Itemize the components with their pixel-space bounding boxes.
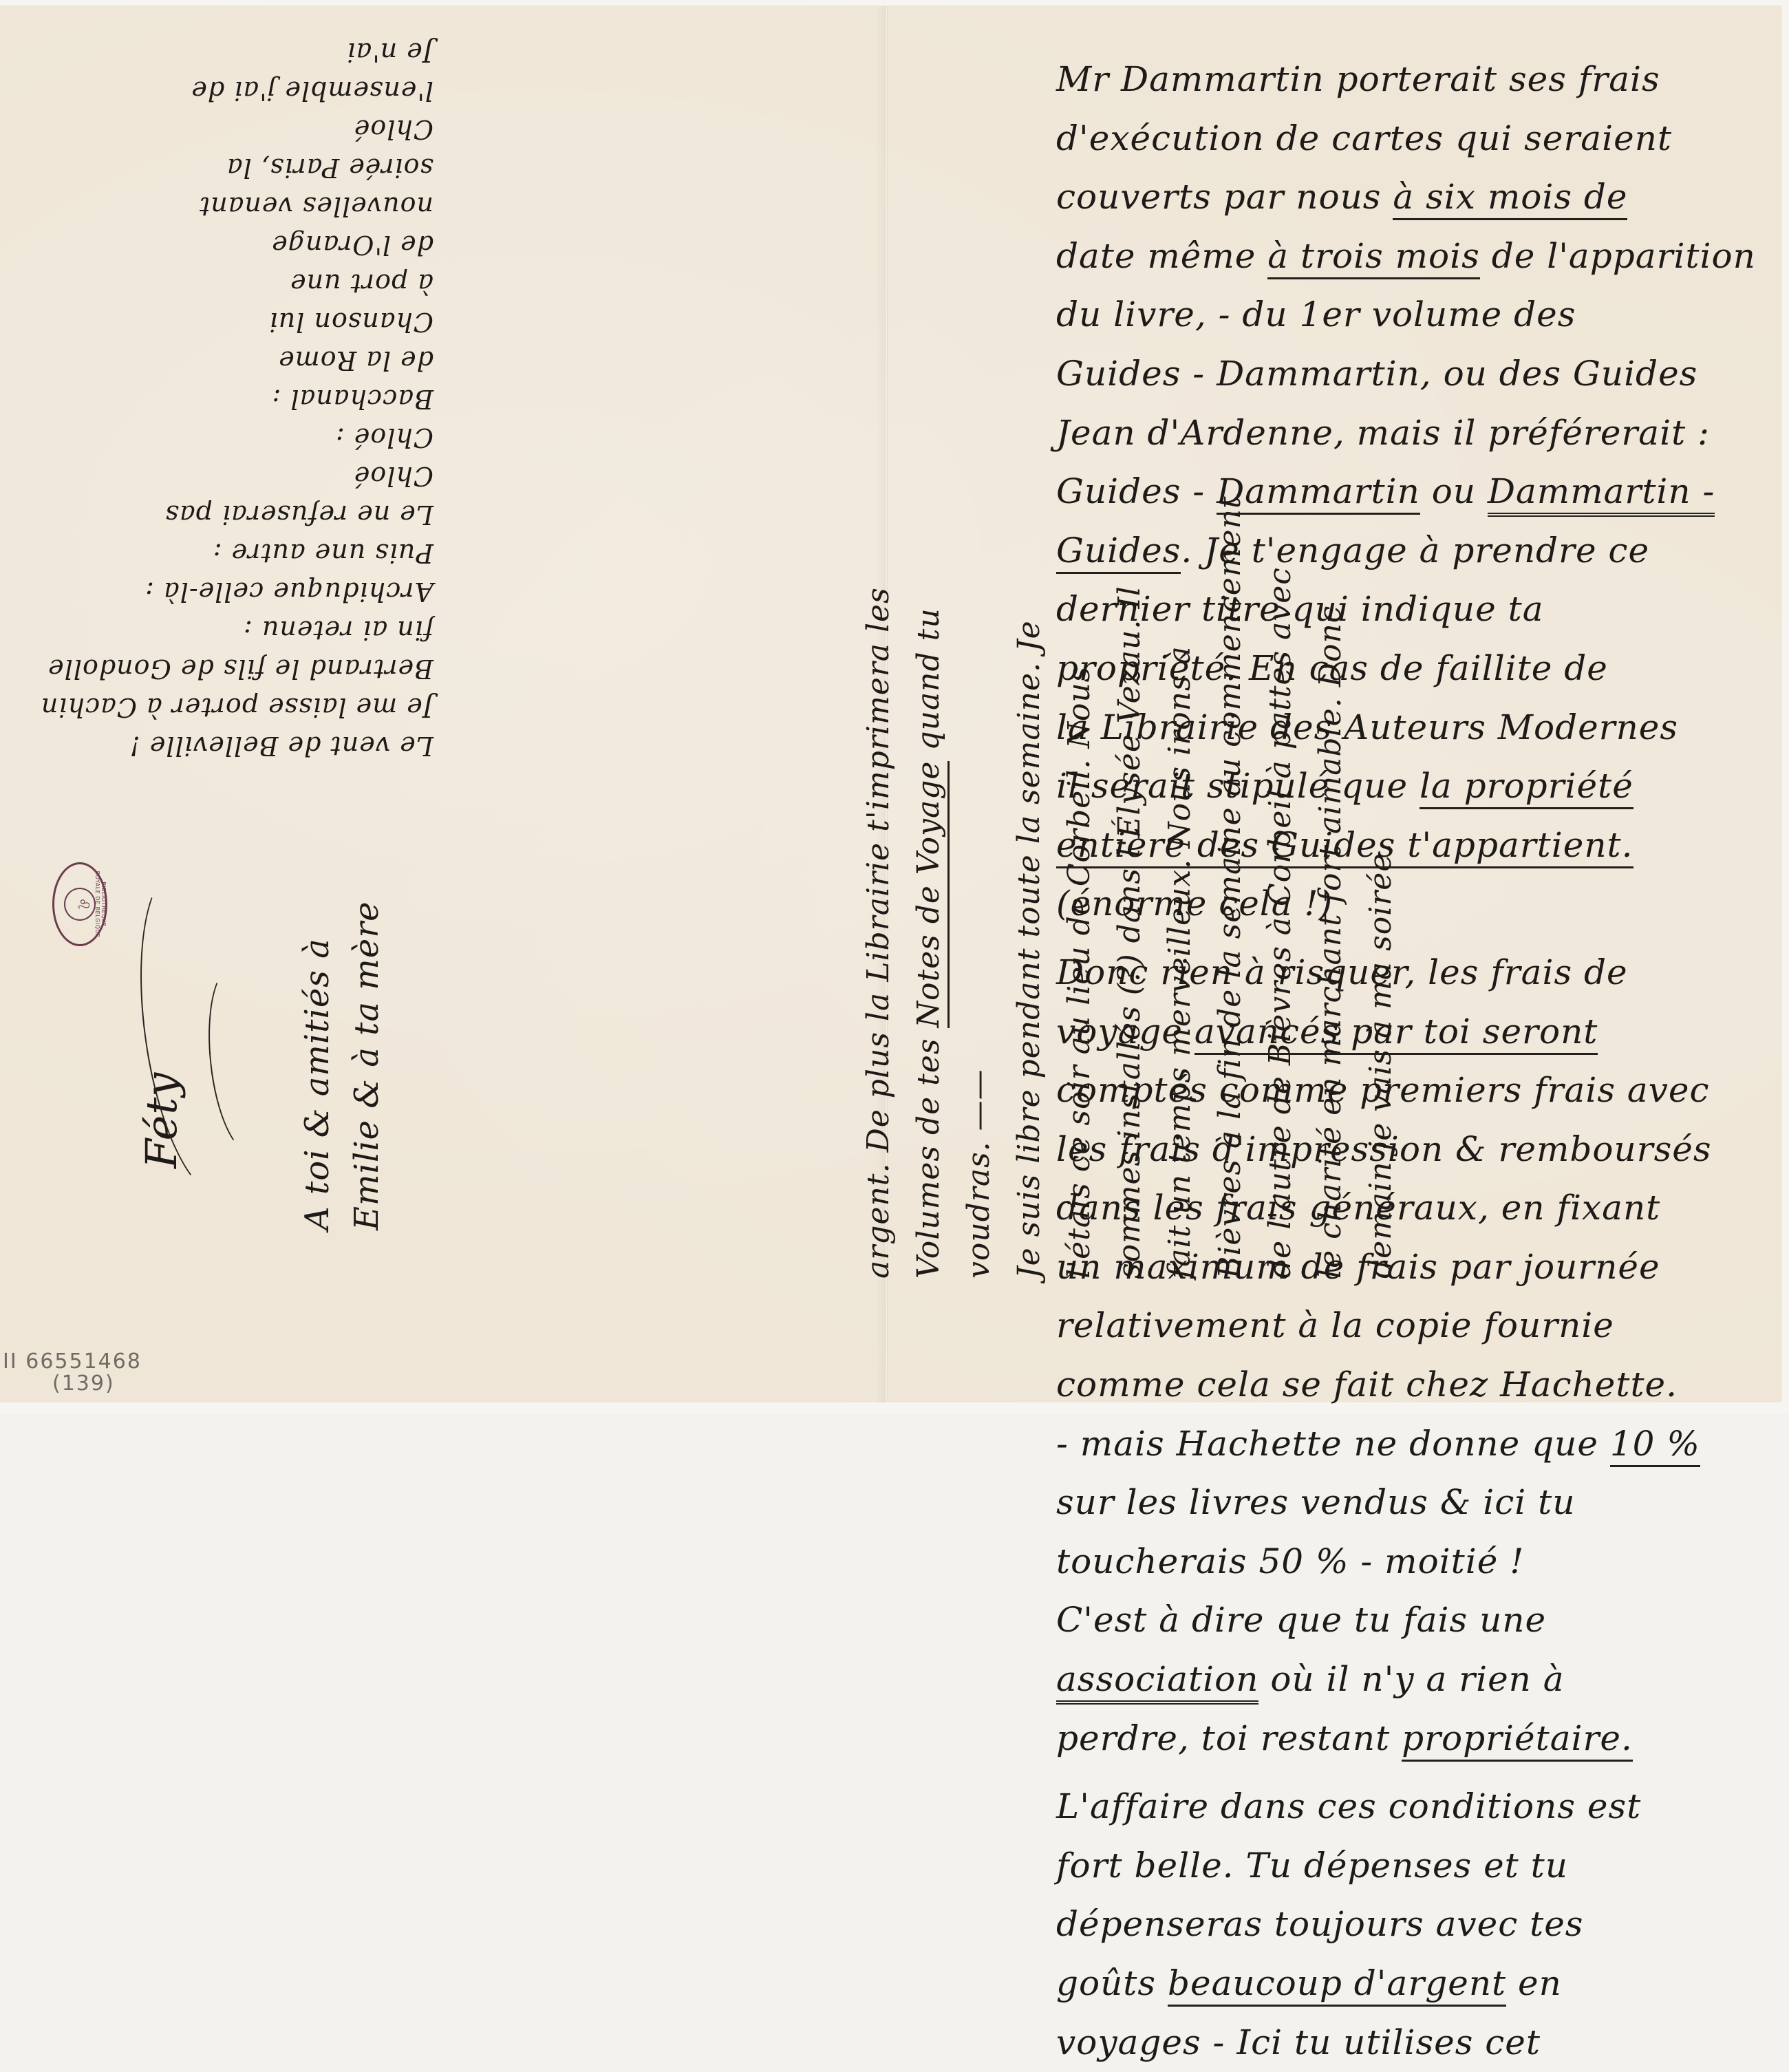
line-text: dans les frais généraux, en fixant bbox=[1056, 1188, 1660, 1228]
line-text: comptés comme premiers frais avec bbox=[1056, 1070, 1710, 1110]
line-text: voyage bbox=[1056, 1012, 1195, 1051]
right-page-line: (énorme cela !) bbox=[1056, 875, 1772, 934]
right-page-line: les frais d'impression & remboursés bbox=[1056, 1120, 1772, 1179]
underlined-text: avancés par toi seront bbox=[1195, 1012, 1598, 1055]
underlined-text: entière des Guides t'appartient. bbox=[1056, 825, 1633, 868]
line-text: Archiduque celle-là : bbox=[144, 577, 433, 607]
postscript-line: fin ai retenu : bbox=[48, 611, 433, 650]
right-page-line: un maximum de frais par journée bbox=[1056, 1238, 1772, 1297]
shelfmark-number: II 66551468 bbox=[3, 1349, 142, 1374]
line-text: Mr Dammartin porterait ses frais bbox=[1056, 59, 1660, 99]
line-text: fin ai retenu : bbox=[243, 615, 433, 645]
line-text: (énorme cela !) bbox=[1056, 884, 1333, 923]
right-page-line: comme cela se fait chez Hachette. bbox=[1056, 1356, 1772, 1413]
postscript-line: Chloé bbox=[48, 110, 433, 149]
closing-line: A toi & amitiés à bbox=[292, 901, 342, 1230]
line-text: Je me laisse porter à Cachin bbox=[41, 692, 433, 723]
line-text: Bertrand le fils de Gondolle bbox=[47, 654, 433, 684]
postscript-line: Je me laisse porter à Cachin bbox=[48, 688, 433, 727]
line-text: Chloé bbox=[354, 461, 433, 491]
library-stamp: BIBLIOTHÈQUE ROYALE DE BELGIQUE ♌ bbox=[52, 862, 107, 946]
right-page-line: dernier titre qui indique ta bbox=[1056, 580, 1772, 639]
right-page-line: Guides - Dammartin, ou des Guides bbox=[1056, 345, 1772, 404]
line-text: relativement à la copie fournie bbox=[1056, 1305, 1614, 1345]
line-text: à port une bbox=[290, 268, 433, 299]
line-text: Je n'ai bbox=[346, 37, 433, 67]
left-page: Le vent de Belleville !Je me laisse port… bbox=[0, 6, 886, 1402]
postscript-line: Le ne refuserai pas bbox=[48, 495, 433, 534]
postscript-line: Archiduque celle-là : bbox=[48, 573, 433, 611]
lion-emblem-icon: ♌ bbox=[74, 897, 92, 911]
line-text: les frais d'impression & remboursés bbox=[1056, 1129, 1711, 1169]
underlined-text: Guides bbox=[1056, 531, 1181, 574]
postscript-line: de l'Orange bbox=[48, 226, 433, 264]
line-text: Guides - bbox=[1056, 471, 1217, 511]
right-page-line: d'exécution de cartes qui seraient bbox=[1056, 109, 1772, 169]
stamp-text: BIBLIOTHÈQUE ROYALE DE BELGIQUE bbox=[94, 870, 107, 939]
postscript-line: Chanson lui bbox=[48, 303, 433, 341]
underlined-text: à six mois de bbox=[1393, 177, 1627, 220]
closing-salutation: A toi & amitiés àEmilie & à ta mère bbox=[292, 901, 392, 1230]
postscript-line: l'ensemble j'ai de bbox=[48, 72, 433, 110]
line-text: dernier titre qui indique ta bbox=[1056, 589, 1544, 629]
right-page-line: la Librairie des Auteurs Modernes bbox=[1056, 698, 1772, 758]
right-page-line: date même à trois mois de l'apparition bbox=[1056, 227, 1772, 286]
line-text: Le ne refuserai pas bbox=[164, 500, 433, 530]
line-text: de l'Orange bbox=[271, 230, 433, 260]
line-text: l'ensemble j'ai de bbox=[191, 76, 433, 106]
line-text: propriété. En cas de faillite de bbox=[1056, 648, 1608, 688]
line-text: il serait stipulé que bbox=[1056, 766, 1420, 806]
line-text: soirée Paris, la bbox=[226, 153, 433, 183]
right-page-line: entière des Guides t'appartient. bbox=[1056, 816, 1772, 875]
pencil-shelfmark: II 66551468 (139) bbox=[3, 1351, 142, 1395]
line-text: Chloé : bbox=[335, 423, 433, 453]
postscript-line: Bertrand le fils de Gondolle bbox=[48, 650, 433, 688]
right-page: Mr Dammartin porterait ses fraisd'exécut… bbox=[888, 6, 1782, 1402]
line-text: . Je t'engage à prendre ce bbox=[1181, 531, 1649, 570]
postscript-line: Je n'ai bbox=[48, 33, 433, 72]
line-text: ou bbox=[1420, 471, 1488, 511]
line-text: couverts par nous bbox=[1056, 177, 1393, 217]
right-page-line: Jean d'Ardenne, mais il préférerait : bbox=[1056, 404, 1772, 463]
closing-line: Emilie & à ta mère bbox=[342, 901, 392, 1230]
line-text: Puis une autre : bbox=[213, 538, 433, 568]
line-text: la Librairie des Auteurs Modernes bbox=[1056, 707, 1678, 747]
scan-background: Le vent de Belleville !Je me laisse port… bbox=[0, 0, 1789, 1413]
right-page-line: voyage avancés par toi seront bbox=[1056, 1003, 1772, 1062]
line-text: de l'apparition bbox=[1480, 236, 1756, 276]
right-page-line: Guides - Dammartin ou Dammartin - bbox=[1056, 462, 1772, 522]
right-page-line: du livre, - du 1er volume des bbox=[1056, 286, 1772, 345]
line-text: un maximum de frais par journée bbox=[1056, 1247, 1660, 1287]
line-text: Emilie & à ta mère bbox=[347, 901, 386, 1230]
right-page-line: il serait stipulé que la propriété bbox=[1056, 757, 1772, 816]
right-page-line: propriété. En cas de faillite de bbox=[1056, 639, 1772, 698]
line-text: Jean d'Ardenne, mais il préférerait : bbox=[1056, 413, 1710, 453]
right-page-line: Mr Dammartin porterait ses frais bbox=[1056, 50, 1772, 109]
line-text: Guides - Dammartin, ou des Guides bbox=[1056, 354, 1697, 394]
line-text: Bacchanal : bbox=[272, 384, 433, 414]
right-page-line: Donc rien à risquer, les frais de bbox=[1056, 943, 1772, 1003]
right-page-line: relativement à la copie fournie bbox=[1056, 1296, 1772, 1356]
postscript-line: Chloé bbox=[48, 457, 433, 495]
postscript-line: Puis une autre : bbox=[48, 534, 433, 573]
underlined-text: Dammartin - bbox=[1488, 471, 1715, 517]
line-text: date même bbox=[1056, 236, 1267, 276]
line-text: d'exécution de cartes qui seraient bbox=[1056, 118, 1672, 158]
underlined-text: à trois mois bbox=[1267, 236, 1480, 279]
right-page-line: comptés comme premiers frais avec bbox=[1056, 1061, 1772, 1120]
postscript-line: à port une bbox=[48, 264, 433, 303]
shelfmark-folio: (139) bbox=[52, 1373, 142, 1395]
underlined-text: Dammartin bbox=[1217, 471, 1420, 515]
postscript-line: Le vent de Belleville ! bbox=[48, 727, 433, 765]
line-text: nouvelles venant bbox=[199, 191, 433, 222]
right-page-line: couverts par nous à six mois de bbox=[1056, 168, 1772, 227]
postscript-line: nouvelles venant bbox=[48, 187, 433, 226]
line-text: Le vent de Belleville ! bbox=[129, 731, 433, 761]
right-page-text: Mr Dammartin porterait ses fraisd'exécut… bbox=[1056, 50, 1772, 1413]
underlined-text: la propriété bbox=[1420, 766, 1633, 809]
postscript-line: Chloé : bbox=[48, 418, 433, 457]
line-text: comme cela se fait chez Hachette. bbox=[1056, 1365, 1678, 1405]
postscript-line: soirée Paris, la bbox=[48, 149, 433, 187]
upside-down-postscript: Le vent de Belleville !Je me laisse port… bbox=[48, 33, 433, 765]
line-text: Donc rien à risquer, les frais de bbox=[1056, 952, 1628, 992]
line-text: A toi & amitiés à bbox=[298, 938, 336, 1230]
postscript-line: de la Rome bbox=[48, 341, 433, 380]
line-text: Chanson lui bbox=[269, 307, 433, 337]
line-text: Chloé bbox=[354, 114, 433, 145]
right-page-line: Guides. Je t'engage à prendre ce bbox=[1056, 522, 1772, 581]
right-page-line: dans les frais généraux, en fixant bbox=[1056, 1179, 1772, 1238]
line-text: de la Rome bbox=[278, 345, 433, 376]
line-text: du livre, - du 1er volume des bbox=[1056, 295, 1576, 334]
postscript-line: Bacchanal : bbox=[48, 380, 433, 418]
